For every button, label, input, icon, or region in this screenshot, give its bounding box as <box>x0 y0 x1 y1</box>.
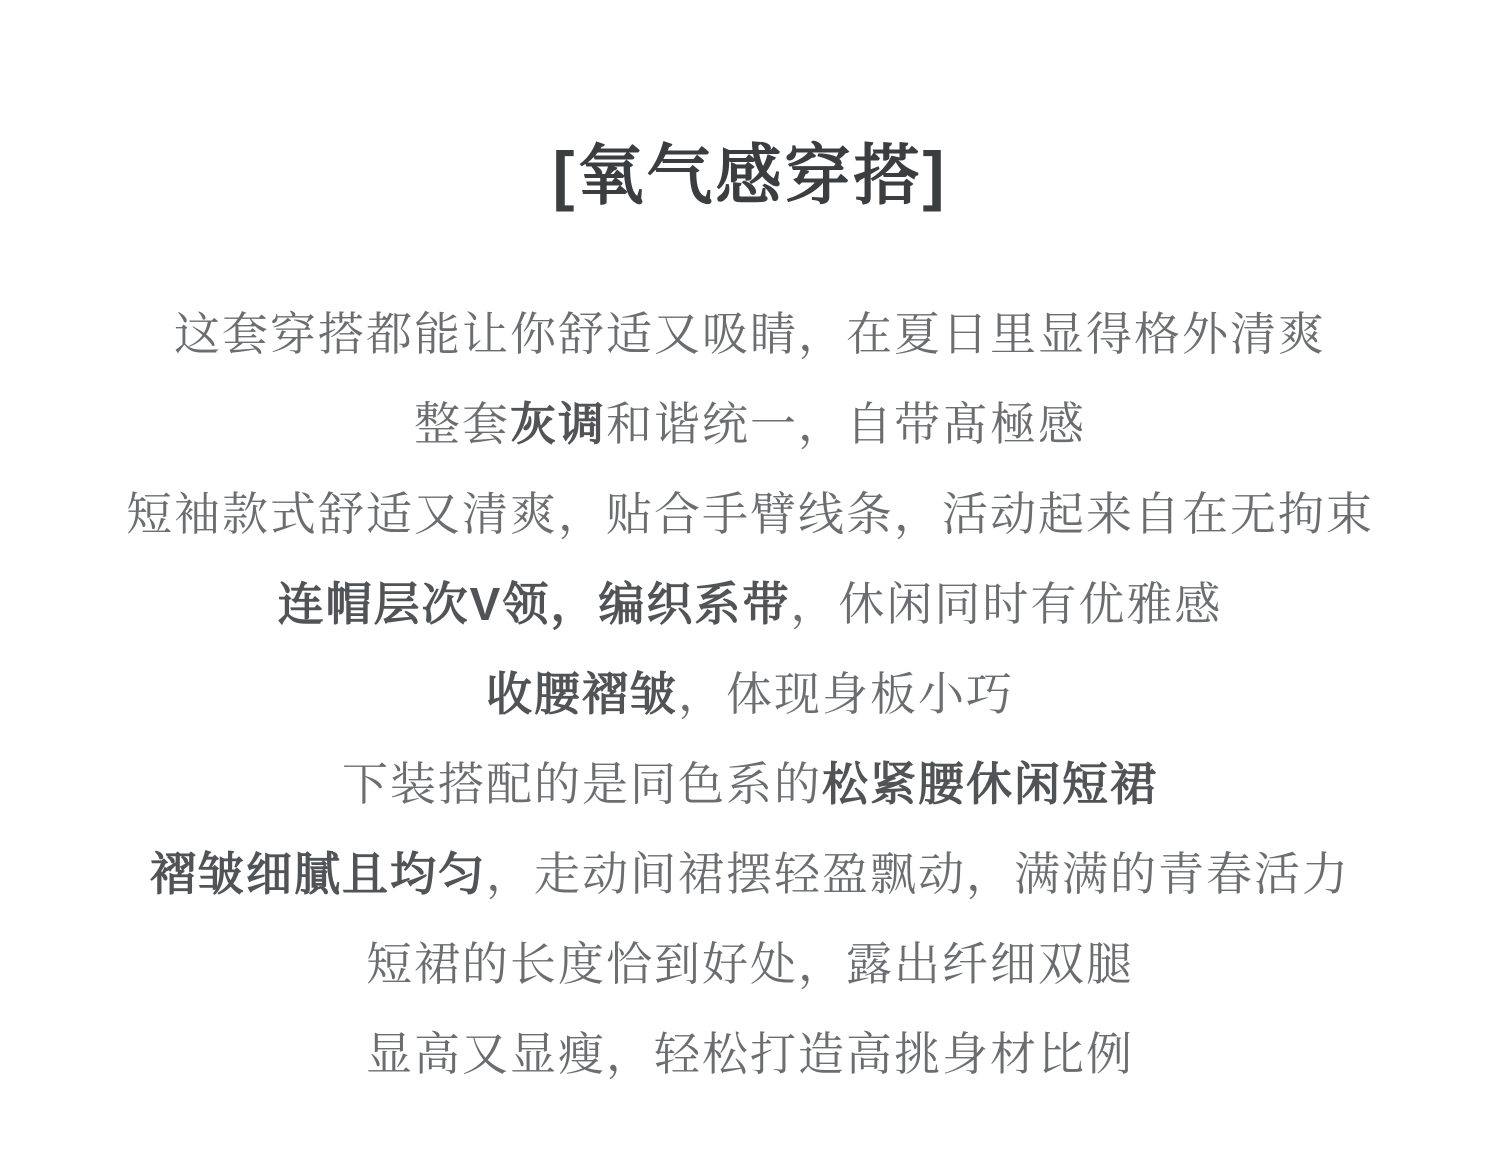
body-line: 连帽层次V领，编织系带，休闲同时有优雅感 <box>0 559 1500 649</box>
body-text: 这套穿搭都能让你舒适又吸睛，在夏日里显得格外清爽 <box>174 308 1326 360</box>
emphasis-text: 褶皱细膩且均匀 <box>150 848 486 900</box>
emphasis-text: 松紧腰休闲短裙 <box>822 758 1158 810</box>
body-text: 短袖款式舒适又清爽，贴合手臂线条，活动起来自在无拘束 <box>126 488 1374 540</box>
body-text: 短裙的长度恰到好处，露出纤细双腿 <box>366 938 1134 990</box>
body-line: 这套穿搭都能让你舒适又吸睛，在夏日里显得格外清爽 <box>0 289 1500 379</box>
body-line: 下装搭配的是同色系的松紧腰休闲短裙 <box>0 739 1500 829</box>
body-line: 短袖款式舒适又清爽，贴合手臂线条，活动起来自在无拘束 <box>0 469 1500 559</box>
body-text: 显高又显瘦，轻松打造高挑身材比例 <box>366 1028 1134 1080</box>
body-text: ，休闲同时有优雅感 <box>790 578 1222 630</box>
emphasis-text: 连帽层次V领，编织系带 <box>278 578 791 630</box>
product-description-page: [氧气感穿搭] 这套穿搭都能让你舒适又吸睛，在夏日里显得格外清爽整套灰调和谐统一… <box>0 0 1500 1152</box>
body-text: 整套 <box>414 398 510 450</box>
body-text: 下装搭配的是同色系的 <box>342 758 822 810</box>
body-text: ，体现身板小巧 <box>678 668 1014 720</box>
body-line: 显高又显瘦，轻松打造高挑身材比例 <box>0 1009 1500 1099</box>
body-text: ，走动间裙摆轻盈飘动，满满的青春活力 <box>486 848 1350 900</box>
body-line: 褶皱细膩且均匀，走动间裙摆轻盈飘动，满满的青春活力 <box>0 829 1500 919</box>
body-line: 收腰褶皱，体现身板小巧 <box>0 649 1500 739</box>
body-lines: 这套穿搭都能让你舒适又吸睛，在夏日里显得格外清爽整套灰调和谐统一，自带髙極感短袖… <box>0 289 1500 1099</box>
emphasis-text: 灰调 <box>510 398 606 450</box>
page-title: [氧气感穿搭] <box>0 0 1500 217</box>
body-line: 整套灰调和谐统一，自带髙極感 <box>0 379 1500 469</box>
body-text: 和谐统一，自带髙極感 <box>606 398 1086 450</box>
body-line: 短裙的长度恰到好处，露出纤细双腿 <box>0 919 1500 1009</box>
emphasis-text: 收腰褶皱 <box>486 668 678 720</box>
